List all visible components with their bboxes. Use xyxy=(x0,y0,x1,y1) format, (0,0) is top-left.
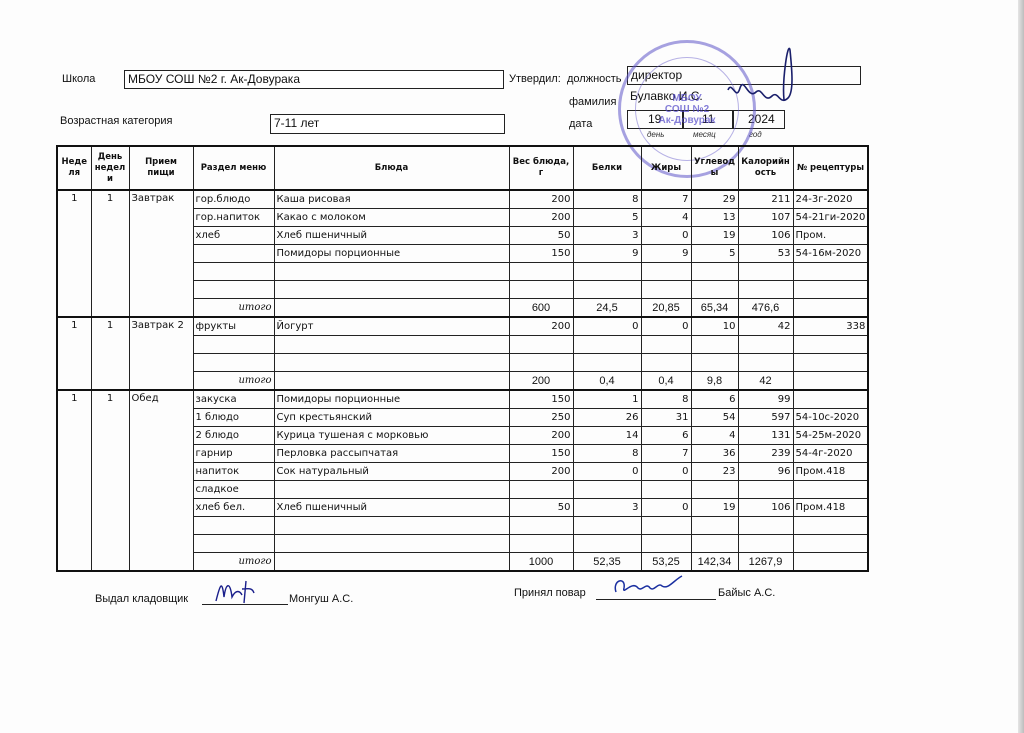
director-signature xyxy=(722,40,802,120)
fat-cell xyxy=(641,354,691,372)
section-cell xyxy=(193,517,274,535)
fat-cell: 4 xyxy=(641,209,691,227)
meal-cell: Завтрак 2 xyxy=(129,317,193,390)
kcal-cell xyxy=(738,354,793,372)
col-kcal: Калорийн ость xyxy=(738,146,793,190)
school-label: Школа xyxy=(62,73,95,85)
total-fat-cell: 20,85 xyxy=(641,299,691,318)
protein-cell: 9 xyxy=(573,245,641,263)
dish-cell: Хлеб пшеничный xyxy=(274,227,509,245)
protein-cell: 14 xyxy=(573,427,641,445)
fat-cell: 9 xyxy=(641,245,691,263)
table-row: 11Завтрак 2фруктыЙогурт200001042338 xyxy=(57,317,868,336)
weight-cell xyxy=(509,263,573,281)
section-cell xyxy=(193,535,274,553)
carbs-cell: 54 xyxy=(691,409,738,427)
protein-cell: 26 xyxy=(573,409,641,427)
approved-label: Утвердил: xyxy=(509,73,561,85)
protein-cell: 0 xyxy=(573,463,641,481)
paper-edge xyxy=(1018,0,1024,733)
fat-cell: 7 xyxy=(641,445,691,463)
recipe-cell xyxy=(793,517,868,535)
protein-cell: 8 xyxy=(573,190,641,209)
section-cell: 1 блюдо xyxy=(193,409,274,427)
age-category-label: Возрастная категория xyxy=(60,115,172,127)
protein-cell xyxy=(573,481,641,499)
total-dish-cell xyxy=(274,553,509,572)
protein-cell: 3 xyxy=(573,227,641,245)
total-protein-cell: 24,5 xyxy=(573,299,641,318)
dish-cell xyxy=(274,336,509,354)
recipe-cell xyxy=(793,336,868,354)
weight-cell xyxy=(509,535,573,553)
carbs-cell xyxy=(691,481,738,499)
section-cell: фрукты xyxy=(193,317,274,336)
dish-cell xyxy=(274,354,509,372)
day-cell: 1 xyxy=(91,390,129,571)
recipe-cell: 54-25м-2020 xyxy=(793,427,868,445)
recipe-cell xyxy=(793,535,868,553)
fat-cell xyxy=(641,263,691,281)
weight-cell: 50 xyxy=(509,499,573,517)
recipe-cell xyxy=(793,263,868,281)
protein-cell xyxy=(573,354,641,372)
fat-cell: 0 xyxy=(641,499,691,517)
dish-cell: Курица тушеная с морковью xyxy=(274,427,509,445)
weight-cell xyxy=(509,336,573,354)
kcal-cell xyxy=(738,481,793,499)
table-row: 11ОбедзакускаПомидоры порционные15018699 xyxy=(57,390,868,409)
section-cell: 2 блюдо xyxy=(193,427,274,445)
recipe-cell: 54-16м-2020 xyxy=(793,245,868,263)
recipe-cell xyxy=(793,390,868,409)
total-fat-cell: 53,25 xyxy=(641,553,691,572)
weight-cell: 200 xyxy=(509,317,573,336)
protein-cell xyxy=(573,535,641,553)
section-cell: гарнир xyxy=(193,445,274,463)
weight-cell: 150 xyxy=(509,390,573,409)
total-carbs-cell: 9,8 xyxy=(691,372,738,391)
total-recipe-cell xyxy=(793,553,868,572)
dish-cell: Какао с молоком xyxy=(274,209,509,227)
total-dish-cell xyxy=(274,299,509,318)
col-recipe: № рецептуры xyxy=(793,146,868,190)
weight-cell xyxy=(509,517,573,535)
recipe-cell xyxy=(793,354,868,372)
dish-cell xyxy=(274,535,509,553)
date-label: дата xyxy=(569,118,592,130)
weight-cell: 150 xyxy=(509,445,573,463)
week-cell: 1 xyxy=(57,317,91,390)
kcal-cell: 96 xyxy=(738,463,793,481)
col-section: Раздел меню xyxy=(193,146,274,190)
recipe-cell: Пром.418 xyxy=(793,499,868,517)
dish-cell: Сок натуральный xyxy=(274,463,509,481)
issued-label: Выдал кладовщик xyxy=(95,593,188,605)
recipe-cell: Пром. xyxy=(793,227,868,245)
dish-cell: Йогурт xyxy=(274,317,509,336)
col-carbs: Углевод ы xyxy=(691,146,738,190)
section-cell xyxy=(193,263,274,281)
total-weight-cell: 600 xyxy=(509,299,573,318)
menu-table-body: 11Завтракгор.блюдоКаша рисовая2008729211… xyxy=(57,190,868,571)
kcal-cell xyxy=(738,263,793,281)
week-cell: 1 xyxy=(57,390,91,571)
fat-cell: 0 xyxy=(641,227,691,245)
weight-cell: 250 xyxy=(509,409,573,427)
position-label: должность xyxy=(567,73,622,85)
fat-cell: 31 xyxy=(641,409,691,427)
recipe-cell: 24-3г-2020 xyxy=(793,190,868,209)
table-row: 11Завтракгор.блюдоКаша рисовая2008729211… xyxy=(57,190,868,209)
section-cell: гор.блюдо xyxy=(193,190,274,209)
fat-cell: 0 xyxy=(641,463,691,481)
total-protein-cell: 52,35 xyxy=(573,553,641,572)
fat-cell xyxy=(641,517,691,535)
section-cell xyxy=(193,281,274,299)
kcal-cell xyxy=(738,517,793,535)
kcal-cell: 53 xyxy=(738,245,793,263)
kcal-cell: 42 xyxy=(738,317,793,336)
carbs-cell xyxy=(691,535,738,553)
recipe-cell: 54-21ги-2020 xyxy=(793,209,868,227)
total-recipe-cell xyxy=(793,372,868,391)
protein-cell: 0 xyxy=(573,317,641,336)
dish-cell xyxy=(274,517,509,535)
recipe-cell: Пром.418 xyxy=(793,463,868,481)
storekeeper-signature xyxy=(212,575,262,605)
weight-cell xyxy=(509,481,573,499)
kcal-cell: 597 xyxy=(738,409,793,427)
carbs-cell xyxy=(691,354,738,372)
table-header-row: Неде ля День недел и Прием пищи Раздел м… xyxy=(57,146,868,190)
recipe-cell: 338 xyxy=(793,317,868,336)
carbs-cell: 6 xyxy=(691,390,738,409)
carbs-cell: 29 xyxy=(691,190,738,209)
kcal-cell: 107 xyxy=(738,209,793,227)
protein-cell: 8 xyxy=(573,445,641,463)
weight-cell: 200 xyxy=(509,209,573,227)
meal-cell: Завтрак xyxy=(129,190,193,317)
weight-cell: 200 xyxy=(509,463,573,481)
section-cell xyxy=(193,354,274,372)
weight-cell: 150 xyxy=(509,245,573,263)
total-weight-cell: 200 xyxy=(509,372,573,391)
col-weight: Вес блюда, г xyxy=(509,146,573,190)
year-caption: год xyxy=(749,130,762,139)
kcal-cell: 99 xyxy=(738,390,793,409)
section-cell: хлеб бел. xyxy=(193,499,274,517)
carbs-cell: 36 xyxy=(691,445,738,463)
col-week: Неде ля xyxy=(57,146,91,190)
dish-cell: Каша рисовая xyxy=(274,190,509,209)
day-cell: 1 xyxy=(91,190,129,317)
kcal-cell: 131 xyxy=(738,427,793,445)
section-cell: закуска xyxy=(193,390,274,409)
week-cell: 1 xyxy=(57,190,91,317)
protein-cell xyxy=(573,336,641,354)
dish-cell: Помидоры порционные xyxy=(274,245,509,263)
recipe-cell xyxy=(793,481,868,499)
age-category-field[interactable]: 7-11 лет xyxy=(270,114,505,134)
fat-cell xyxy=(641,336,691,354)
meal-cell: Обед xyxy=(129,390,193,571)
total-protein-cell: 0,4 xyxy=(573,372,641,391)
fat-cell: 7 xyxy=(641,190,691,209)
carbs-cell: 23 xyxy=(691,463,738,481)
issued-name: Монгуш А.С. xyxy=(289,593,353,605)
weight-cell: 200 xyxy=(509,427,573,445)
dish-cell xyxy=(274,281,509,299)
weight-cell: 50 xyxy=(509,227,573,245)
carbs-cell xyxy=(691,281,738,299)
recipe-cell xyxy=(793,281,868,299)
dish-cell: Помидоры порционные xyxy=(274,390,509,409)
dish-cell xyxy=(274,263,509,281)
recipe-cell: 54-4г-2020 xyxy=(793,445,868,463)
day-caption: день xyxy=(647,130,664,139)
weight-cell xyxy=(509,281,573,299)
section-cell: напиток xyxy=(193,463,274,481)
col-fat: Жиры xyxy=(641,146,691,190)
kcal-cell: 106 xyxy=(738,499,793,517)
total-carbs-cell: 142,34 xyxy=(691,553,738,572)
kcal-cell: 239 xyxy=(738,445,793,463)
protein-cell: 1 xyxy=(573,390,641,409)
protein-cell: 3 xyxy=(573,499,641,517)
carbs-cell: 4 xyxy=(691,427,738,445)
surname-label: фамилия xyxy=(569,96,616,108)
cook-signature xyxy=(610,570,690,600)
date-day-field[interactable]: 19 xyxy=(627,110,683,129)
fat-cell: 8 xyxy=(641,390,691,409)
carbs-cell: 10 xyxy=(691,317,738,336)
section-cell: сладкое xyxy=(193,481,274,499)
month-caption: месяц xyxy=(693,130,716,139)
section-cell xyxy=(193,336,274,354)
carbs-cell xyxy=(691,517,738,535)
carbs-cell: 5 xyxy=(691,245,738,263)
total-label: итого xyxy=(193,553,274,572)
dish-cell: Хлеб пшеничный xyxy=(274,499,509,517)
fat-cell xyxy=(641,535,691,553)
recipe-cell: 54-10с-2020 xyxy=(793,409,868,427)
col-meal: Прием пищи xyxy=(129,146,193,190)
total-kcal-cell: 1267,9 xyxy=(738,553,793,572)
total-weight-cell: 1000 xyxy=(509,553,573,572)
school-field[interactable]: МБОУ СОШ №2 г. Ак-Довурака xyxy=(124,70,504,89)
col-protein: Белки xyxy=(573,146,641,190)
section-cell: гор.напиток xyxy=(193,209,274,227)
day-cell: 1 xyxy=(91,317,129,390)
weight-cell xyxy=(509,354,573,372)
fat-cell: 0 xyxy=(641,317,691,336)
protein-cell xyxy=(573,517,641,535)
kcal-cell xyxy=(738,281,793,299)
total-label: итого xyxy=(193,372,274,391)
kcal-cell: 106 xyxy=(738,227,793,245)
received-name: Байыс А.С. xyxy=(718,587,775,599)
total-kcal-cell: 42 xyxy=(738,372,793,391)
carbs-cell xyxy=(691,336,738,354)
kcal-cell xyxy=(738,535,793,553)
fat-cell: 6 xyxy=(641,427,691,445)
carbs-cell: 19 xyxy=(691,227,738,245)
dish-cell: Перловка рассыпчатая xyxy=(274,445,509,463)
protein-cell: 5 xyxy=(573,209,641,227)
fat-cell xyxy=(641,481,691,499)
kcal-cell xyxy=(738,336,793,354)
col-dish: Блюда xyxy=(274,146,509,190)
carbs-cell xyxy=(691,263,738,281)
carbs-cell: 19 xyxy=(691,499,738,517)
section-cell xyxy=(193,245,274,263)
received-label: Принял повар xyxy=(514,587,586,599)
section-cell: хлеб xyxy=(193,227,274,245)
dish-cell: Суп крестьянский xyxy=(274,409,509,427)
total-fat-cell: 0,4 xyxy=(641,372,691,391)
total-kcal-cell: 476,6 xyxy=(738,299,793,318)
weight-cell: 200 xyxy=(509,190,573,209)
kcal-cell: 211 xyxy=(738,190,793,209)
total-dish-cell xyxy=(274,372,509,391)
total-carbs-cell: 65,34 xyxy=(691,299,738,318)
fat-cell xyxy=(641,281,691,299)
protein-cell xyxy=(573,263,641,281)
carbs-cell: 13 xyxy=(691,209,738,227)
total-label: итого xyxy=(193,299,274,318)
protein-cell xyxy=(573,281,641,299)
col-day: День недел и xyxy=(91,146,129,190)
dish-cell xyxy=(274,481,509,499)
total-recipe-cell xyxy=(793,299,868,318)
menu-table: Неде ля День недел и Прием пищи Раздел м… xyxy=(56,145,869,572)
